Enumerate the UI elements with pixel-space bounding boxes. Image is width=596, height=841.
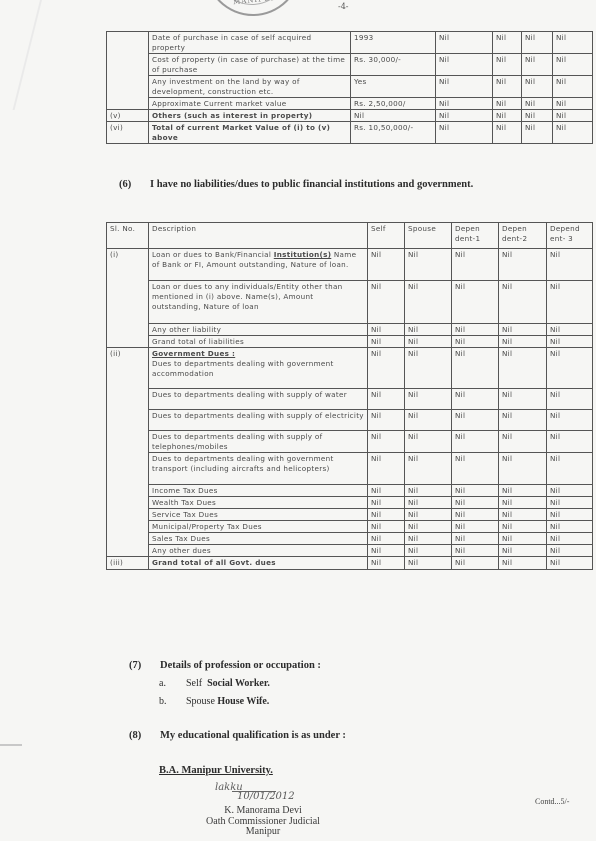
section-6-text: I have no liabilities/dues to public fin… (150, 179, 473, 190)
column-header: Depend ent- 3 (547, 223, 593, 249)
value-cell: Nil (452, 557, 499, 570)
value-cell: Nil (368, 557, 405, 570)
value-cell: Nil (547, 389, 593, 410)
value-cell: Nil (547, 324, 593, 336)
sl-no-cell: (iii) (107, 557, 149, 570)
value-cell: Nil (493, 54, 522, 76)
value-cell: Nil (452, 453, 499, 485)
value-cell: Nil (436, 110, 493, 122)
table-row: (ii)Government Dues :Dues to departments… (107, 348, 593, 389)
value-cell: Nil (452, 509, 499, 521)
value-cell: Nil (547, 410, 593, 431)
table-row: Loan or dues to any individuals/Entity o… (107, 281, 593, 324)
description-text: Loan or dues to Bank/Financial (152, 250, 274, 259)
value-cell: Nil (405, 431, 452, 453)
table-row: Any investment on the land by way of dev… (107, 76, 593, 98)
description-cell: Date of purchase in case of self acquire… (149, 32, 351, 54)
value-cell: Nil (452, 348, 499, 389)
value-cell: Nil (547, 545, 593, 557)
sl-no-cell: (vi) (107, 122, 149, 144)
header-row: Sl. No.DescriptionSelfSpouseDepen dent-1… (107, 223, 593, 249)
document-page: MANIPUR -4- Date of purchase in case of … (0, 0, 596, 841)
signature-date: 10/01/2012 (237, 792, 295, 801)
section-7-title: (7)Details of profession or occupation : (129, 660, 321, 671)
signature: lakku 10/01/2012 (215, 783, 295, 801)
description-cell: Any other liability (149, 324, 368, 336)
value-cell: Nil (499, 410, 547, 431)
value-cell: Nil (368, 410, 405, 431)
table-row: Dues to departments dealing with supply … (107, 431, 593, 453)
value-cell: Nil (351, 110, 436, 122)
table-row: (i)Loan or dues to Bank/Financial Instit… (107, 249, 593, 281)
value-cell: Nil (499, 557, 547, 570)
value-cell: Nil (452, 336, 499, 348)
value-cell: Nil (499, 336, 547, 348)
description-cell: Any other dues (149, 545, 368, 557)
continued-note: Contd...5/- (535, 797, 569, 806)
table-row: Dues to departments dealing with supply … (107, 410, 593, 431)
value-cell: Nil (499, 485, 547, 497)
description-cell: Municipal/Property Tax Dues (149, 521, 368, 533)
value-cell: Nil (436, 54, 493, 76)
value-cell: Nil (553, 110, 593, 122)
value-cell: Nil (368, 389, 405, 410)
value-cell: Nil (368, 431, 405, 453)
value-cell: Nil (547, 431, 593, 453)
value-cell: Nil (452, 545, 499, 557)
value-cell: Nil (436, 76, 493, 98)
assets-table: Date of purchase in case of self acquire… (106, 31, 593, 144)
occupation-self: a.Self Social Worker. (159, 678, 270, 689)
value-cell: Nil (499, 431, 547, 453)
description-cell: Any investment on the land by way of dev… (149, 76, 351, 98)
value-cell: Nil (405, 348, 452, 389)
value-cell: Nil (499, 389, 547, 410)
column-header: Self (368, 223, 405, 249)
value-cell: Nil (368, 485, 405, 497)
value-cell: Nil (436, 98, 493, 110)
table-row: Sales Tax DuesNilNilNilNilNil (107, 533, 593, 545)
description-cell: Sales Tax Dues (149, 533, 368, 545)
value-cell: Nil (522, 32, 553, 54)
value-cell: Nil (436, 32, 493, 54)
value-cell: Nil (499, 521, 547, 533)
signature-underline (232, 791, 276, 792)
value-cell: Nil (547, 281, 593, 324)
value-cell: Nil (499, 324, 547, 336)
value-cell: Nil (499, 533, 547, 545)
section-8-title: (8)My educational qualification is as un… (129, 730, 346, 741)
table-row: Service Tax DuesNilNilNilNilNil (107, 509, 593, 521)
value-cell: Nil (553, 98, 593, 110)
description-cell: Approximate Current market value (149, 98, 351, 110)
value-cell: Nil (553, 32, 593, 54)
value-cell: Nil (368, 533, 405, 545)
value-cell: 1993 (351, 32, 436, 54)
signatory-place: Manipur (188, 827, 338, 838)
table-row: Any other duesNilNilNilNilNil (107, 545, 593, 557)
value-cell: Nil (368, 497, 405, 509)
value-cell: Nil (452, 485, 499, 497)
value-cell: Nil (405, 545, 452, 557)
value-cell: Nil (452, 410, 499, 431)
table-row: (iii)Grand total of all Govt. duesNilNil… (107, 557, 593, 570)
description-cell: Service Tax Dues (149, 509, 368, 521)
table-row: Dues to departments dealing with governm… (107, 453, 593, 485)
value-cell: Nil (452, 521, 499, 533)
description-heading: Government Dues : (152, 349, 364, 359)
value-cell: Nil (499, 509, 547, 521)
seal-stamp: MANIPUR (205, 0, 301, 16)
value-cell: Rs. 10,50,000/- (351, 122, 436, 144)
value-cell: Rs. 2,50,000/ (351, 98, 436, 110)
description-cell: Others (such as interest in property) (149, 110, 351, 122)
value-cell: Nil (547, 249, 593, 281)
section-8-number: (8) (129, 730, 160, 741)
value-cell: Nil (522, 98, 553, 110)
value-cell: Nil (522, 76, 553, 98)
value-cell: Nil (368, 249, 405, 281)
seal-stamp-text: MANIPUR (233, 0, 277, 6)
description-cell: Wealth Tax Dues (149, 497, 368, 509)
table-row: Dues to departments dealing with supply … (107, 389, 593, 410)
value-cell: Nil (547, 336, 593, 348)
table-row: (vi)Total of current Market Value of (i)… (107, 122, 593, 144)
value-cell: Nil (368, 521, 405, 533)
value-cell: Nil (553, 54, 593, 76)
sl-no-cell: (ii) (107, 348, 149, 557)
value-cell: Nil (452, 249, 499, 281)
value-cell: Nil (452, 324, 499, 336)
signatory-name: K. Manorama Devi (188, 806, 338, 817)
value-cell: Nil (405, 336, 452, 348)
value-cell: Nil (493, 32, 522, 54)
value-cell: Nil (499, 545, 547, 557)
description-cell: Total of current Market Value of (i) to … (149, 122, 351, 144)
value-cell: Yes (351, 76, 436, 98)
value-cell: Nil (499, 497, 547, 509)
description-cell: Dues to departments dealing with supply … (149, 389, 368, 410)
description-cell: Government Dues :Dues to departments dea… (149, 348, 368, 389)
value-cell: Nil (405, 249, 452, 281)
column-header: Sl. No. (107, 223, 149, 249)
sl-no-cell: (v) (107, 110, 149, 122)
description-cell: Loan or dues to any individuals/Entity o… (149, 281, 368, 324)
section-7-number: (7) (129, 660, 160, 671)
sl-no-cell (107, 32, 149, 110)
value-cell: Nil (405, 389, 452, 410)
description-heading: Institution(s) (274, 250, 332, 259)
value-cell: Nil (493, 76, 522, 98)
margin-mark (0, 744, 22, 746)
column-header: Description (149, 223, 368, 249)
table-row: Approximate Current market valueRs. 2,50… (107, 98, 593, 110)
value-cell: Nil (547, 348, 593, 389)
value-cell: Nil (493, 110, 522, 122)
description-cell: Dues to departments dealing with supply … (149, 431, 368, 453)
value-cell: Nil (368, 281, 405, 324)
description-cell: Cost of property (in case of purchase) a… (149, 54, 351, 76)
value-cell: Nil (493, 122, 522, 144)
value-cell: Nil (368, 348, 405, 389)
value-cell: Nil (405, 533, 452, 545)
signatory-block: K. Manorama Devi Oath Commissioner Judic… (188, 806, 338, 838)
table-row: Municipal/Property Tax DuesNilNilNilNilN… (107, 521, 593, 533)
page-fold-shadow (0, 0, 42, 110)
value-cell: Nil (436, 122, 493, 144)
description-text: Dues to departments dealing with governm… (152, 359, 364, 379)
column-header: Depen dent-2 (499, 223, 547, 249)
description-cell: Dues to departments dealing with governm… (149, 453, 368, 485)
value-cell: Nil (405, 497, 452, 509)
value-cell: Nil (368, 509, 405, 521)
value-cell: Nil (368, 453, 405, 485)
value-cell: Nil (405, 453, 452, 485)
value-cell: Nil (405, 324, 452, 336)
value-cell: Nil (499, 453, 547, 485)
value-cell: Nil (452, 533, 499, 545)
value-cell: Nil (499, 281, 547, 324)
value-cell: Nil (452, 281, 499, 324)
value-cell: Nil (368, 545, 405, 557)
value-cell: Nil (547, 521, 593, 533)
liabilities-table: Sl. No.DescriptionSelfSpouseDepen dent-1… (106, 222, 593, 570)
value-cell: Nil (452, 389, 499, 410)
table-row: Income Tax DuesNilNilNilNilNil (107, 485, 593, 497)
value-cell: Nil (522, 122, 553, 144)
value-cell: Nil (405, 281, 452, 324)
column-header: Spouse (405, 223, 452, 249)
description-cell: Loan or dues to Bank/Financial Instituti… (149, 249, 368, 281)
value-cell: Nil (547, 557, 593, 570)
description-cell: Income Tax Dues (149, 485, 368, 497)
value-cell: Nil (405, 485, 452, 497)
value-cell: Nil (405, 521, 452, 533)
table-row: Any other liabilityNilNilNilNilNil (107, 324, 593, 336)
value-cell: Nil (499, 249, 547, 281)
value-cell: Nil (547, 533, 593, 545)
table-row: Wealth Tax DuesNilNilNilNilNil (107, 497, 593, 509)
value-cell: Nil (499, 348, 547, 389)
value-cell: Nil (452, 431, 499, 453)
value-cell: Nil (553, 76, 593, 98)
value-cell: Nil (405, 557, 452, 570)
column-header: Depen dent-1 (452, 223, 499, 249)
page-number: -4- (338, 2, 349, 11)
value-cell: Nil (405, 410, 452, 431)
value-cell: Nil (553, 122, 593, 144)
value-cell: Nil (522, 110, 553, 122)
value-cell: Nil (493, 98, 522, 110)
value-cell: Nil (547, 453, 593, 485)
description-cell: Grand total of liabilities (149, 336, 368, 348)
value-cell: Nil (452, 497, 499, 509)
table-row: (v)Others (such as interest in property)… (107, 110, 593, 122)
value-cell: Nil (368, 324, 405, 336)
table-row: Grand total of liabilitiesNilNilNilNilNi… (107, 336, 593, 348)
description-cell: Dues to departments dealing with supply … (149, 410, 368, 431)
value-cell: Nil (547, 497, 593, 509)
section-6-number: (6) (119, 179, 150, 190)
section-6: (6)I have no liabilities/dues to public … (119, 179, 473, 190)
educational-qualification: B.A. Manipur University. (159, 765, 273, 776)
sl-no-cell: (i) (107, 249, 149, 348)
value-cell: Nil (547, 485, 593, 497)
value-cell: Nil (522, 54, 553, 76)
value-cell: Nil (405, 509, 452, 521)
value-cell: Rs. 30,000/- (351, 54, 436, 76)
table-row: Date of purchase in case of self acquire… (107, 32, 593, 54)
value-cell: Nil (547, 509, 593, 521)
value-cell: Nil (368, 336, 405, 348)
description-cell: Grand total of all Govt. dues (149, 557, 368, 570)
occupation-spouse: b.Spouse House Wife. (159, 696, 269, 707)
table-row: Cost of property (in case of purchase) a… (107, 54, 593, 76)
